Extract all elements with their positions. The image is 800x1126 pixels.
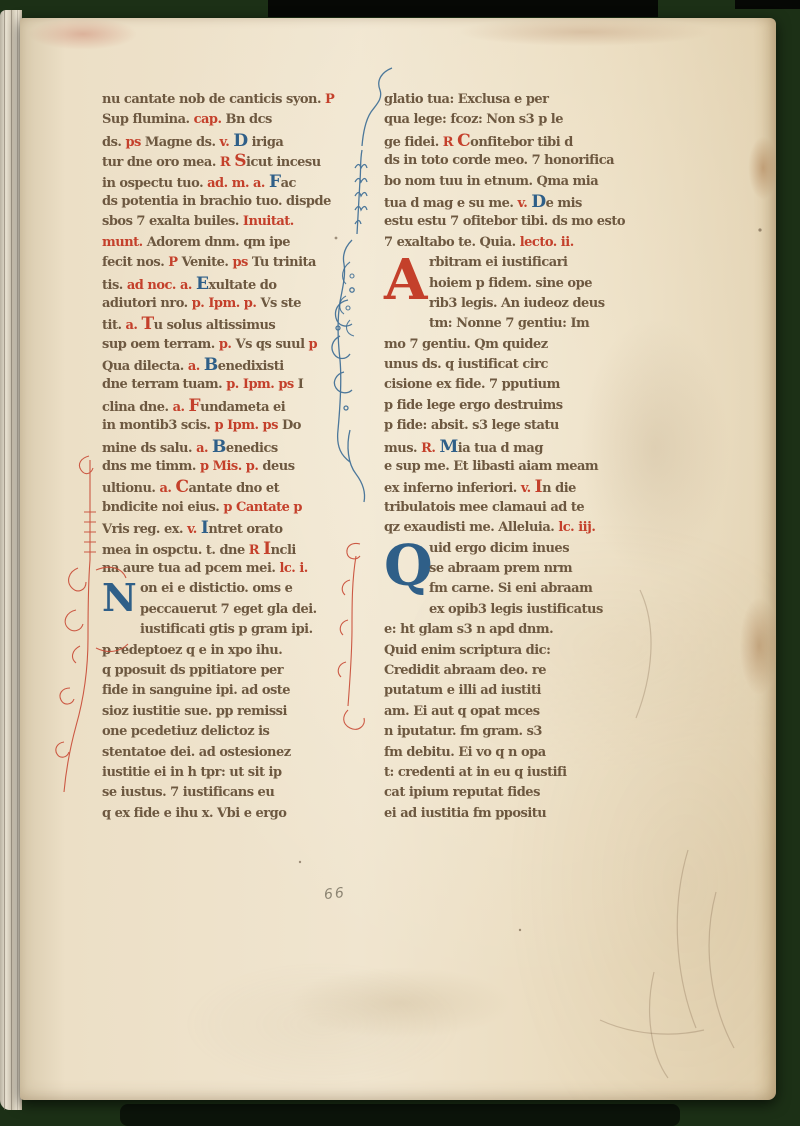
text-segment: ac (281, 176, 296, 191)
text-segment: cisione ex fide. 7 pputium (384, 377, 560, 392)
text-segment: enedixisti (218, 359, 284, 374)
text-segment: ntret orato (208, 522, 282, 537)
text-line: in montib3 scis. p Ipm. ps Do (102, 416, 348, 436)
text-segment: qz exaudisti me. Alleluia. (384, 520, 558, 535)
page-edge-line (4, 10, 5, 1110)
text-segment: na aure tua ad pcem mei. (102, 561, 279, 576)
text-segment: Quid enim scriptura dic: (384, 643, 550, 658)
text-line: ds potentia in brachio tuo. dispde (102, 192, 348, 212)
text-line: ei ad iustitia fm ppositu (384, 804, 630, 824)
text-line: mus. R. Mia tua d mag (384, 437, 630, 457)
text-line: tit. a. Tu solus altissimus (102, 314, 348, 334)
stain-tan-top-right (460, 18, 710, 46)
text-line: q ex fide e ihu x. Vbi e ergo (102, 804, 348, 824)
text-segment: icut incesu (246, 155, 321, 170)
text-segment: p. Ipm. ps (226, 377, 298, 392)
stain-bottom-center (290, 968, 510, 1038)
text-segment: e mis (546, 196, 582, 211)
text-segment: bo nom tuu in etnum. Qma mia (384, 174, 598, 189)
text-segment: ps (125, 135, 144, 150)
text-segment: a. (196, 441, 212, 456)
text-line: sioz iustitie sue. pp remissi (102, 702, 348, 722)
text-segment: Q (384, 541, 424, 601)
text-segment: ncli (271, 543, 296, 558)
text-segment: estu estu 7 ofitebor tibi. ds mo esto (384, 214, 625, 229)
text-segment: Vris reg. ex. (102, 522, 187, 537)
text-line: dns me timm. p Mis. p. deus (102, 457, 348, 477)
text-segment: fm carne. Si eni abraam (429, 581, 592, 596)
text-line: tm: Nonne 7 gentiu: Im (384, 314, 630, 334)
text-segment: tit. (102, 318, 126, 333)
text-segment: p. Ipm. p. (192, 296, 261, 311)
text-line: ultionu. a. Cantate dno et (102, 477, 348, 497)
text-line: t: credenti at in eu q iustifi (384, 763, 630, 783)
text-segment: unus ds. q iustificat circ (384, 357, 548, 372)
scanner-shadow-bottom (120, 1104, 680, 1126)
text-segment: ex opib3 legis iustificatus (429, 602, 603, 617)
text-segment: e sup me. Et libasti aiam meam (384, 459, 598, 474)
text-segment: A (384, 255, 424, 315)
text-segment: F (189, 396, 201, 416)
text-segment: 7 exaltabo te. Quia. (384, 235, 520, 250)
text-segment: qua lege: fcoz: Non s3 p le (384, 112, 563, 127)
text-segment: Vs ste (260, 296, 301, 311)
text-segment: rbitram ei iustificari (429, 255, 567, 270)
text-line: 7 exaltabo te. Quia. lecto. ii. (384, 233, 630, 253)
stain-pink-top-left (28, 18, 138, 50)
text-line: p redeptoez q e in xpo ihu. (102, 641, 348, 661)
text-segment: nu cantate nob de canticis syon. (102, 92, 321, 107)
text-segment: P (321, 92, 334, 107)
text-segment: Bn dcs (226, 112, 272, 127)
text-segment: on ei e distictio. oms e (140, 581, 292, 596)
text-segment: tis. (102, 278, 127, 293)
text-segment: u solus altissimus (154, 318, 276, 333)
text-segment: p (309, 337, 318, 352)
text-segment: ds. (102, 135, 125, 150)
text-segment: M (439, 437, 457, 457)
text-line: na aure tua ad pcem mei. lc. i. (102, 559, 348, 579)
text-line: sup oem terram. p. Vs qs suul p (102, 335, 348, 355)
text-segment: lc. i. (279, 561, 307, 576)
text-segment: B (204, 355, 218, 375)
text-segment: Adorem dnm. qm ipe (147, 235, 290, 250)
text-line: Arbitram ei iustificari (384, 253, 630, 273)
text-segment: munt. (102, 235, 147, 250)
text-segment: mea in ospctu. t. dne (102, 543, 249, 558)
text-line: fide in sanguine ipi. ad oste (102, 681, 348, 701)
text-segment: T (141, 314, 153, 334)
text-line: qua lege: fcoz: Non s3 p le (384, 110, 630, 130)
text-segment: one pcedetiuz delictoz is (102, 724, 269, 739)
text-segment: peccauerut 7 eget gla dei. (140, 602, 317, 617)
text-segment: Vs qs suul (235, 337, 308, 352)
text-line: Vris reg. ex. v. Intret orato (102, 518, 348, 538)
text-segment: v. (220, 135, 234, 150)
text-line: bndicite noi eius. p Cantate p (102, 498, 348, 518)
text-segment: p fide lege ergo destruims (384, 398, 563, 413)
text-line: mo 7 gentiu. Qm quidez (384, 335, 630, 355)
text-segment: ds in toto corde meo. 7 honorifica (384, 153, 614, 168)
text-segment: R (249, 543, 263, 558)
text-segment: xultate do (208, 278, 276, 293)
text-segment: n iputatur. fm gram. s3 (384, 724, 542, 739)
text-column-right: glatio tua: Exclusa e perqua lege: fcoz:… (384, 90, 630, 824)
text-segment: bndicite noi eius. (102, 500, 223, 515)
text-line: se iustus. 7 iustificans eu (102, 783, 348, 803)
text-segment: dns me timm. (102, 459, 200, 474)
text-segment: mine ds salu. (102, 441, 196, 456)
text-segment: ps (232, 255, 251, 270)
text-line: fecit nos. P Venite. ps Tu trinita (102, 253, 348, 273)
text-segment: p redeptoez q e in xpo ihu. (102, 643, 282, 658)
text-line: ds in toto corde meo. 7 honorifica (384, 151, 630, 171)
text-segment: R (443, 135, 457, 150)
text-line: peccauerut 7 eget gla dei. (102, 600, 348, 620)
text-segment: R. (421, 441, 439, 456)
text-segment: tribulatois mee clamaui ad te (384, 500, 584, 515)
text-segment: p fide: absit. s3 lege statu (384, 418, 559, 433)
text-segment: B (212, 437, 226, 457)
text-line: iustificati gtis p gram ipi. (102, 620, 348, 640)
text-line: sbos 7 exalta builes. Inuitat. (102, 212, 348, 232)
text-line: mine ds salu. a. Benedics (102, 437, 348, 457)
text-line: Qua dilecta. a. Benedixisti (102, 355, 348, 375)
scanner-shadow-top (268, 0, 658, 17)
text-segment: clina dne. (102, 400, 173, 415)
text-line: ds. ps Magne ds. v. D iriga (102, 131, 348, 151)
text-segment: e: ht glam s3 n apd dnm. (384, 622, 553, 637)
text-segment: v. (518, 196, 532, 211)
stain-brown-right-edge-low (740, 598, 778, 694)
text-line: in ospectu tuo. ad. m. a. Fac (102, 172, 348, 192)
text-line: nu cantate nob de canticis syon. P (102, 90, 348, 110)
text-line: n iputatur. fm gram. s3 (384, 722, 630, 742)
text-line: p fide: absit. s3 lege statu (384, 416, 630, 436)
text-line: Non ei e distictio. oms e (102, 579, 348, 599)
text-segment: sup oem terram. (102, 337, 219, 352)
folio-number-pencil: 66 (323, 885, 346, 903)
text-segment: se iustus. 7 iustificans eu (102, 785, 274, 800)
text-segment: a. (173, 400, 189, 415)
scanner-shadow-top-right (735, 0, 800, 9)
page-edge-line (17, 10, 18, 1110)
book-gutter-page-edges (0, 10, 22, 1110)
text-segment: am. Ei aut q opat mces (384, 704, 540, 719)
page-edge-line (11, 10, 12, 1110)
text-segment: putatum e illi ad iustiti (384, 683, 541, 698)
text-line: ge fidei. R Confitebor tibi d (384, 131, 630, 151)
text-line: ex inferno inferiori. v. In die (384, 477, 630, 497)
text-segment: D (233, 131, 247, 151)
manuscript-page: nu cantate nob de canticis syon. PSup fl… (20, 18, 776, 1100)
text-segment: glatio tua: Exclusa e per (384, 92, 549, 107)
text-line: tua d mag e su me. v. De mis (384, 192, 630, 212)
text-segment: iustificati gtis p gram ipi. (140, 622, 313, 637)
text-segment: ds potentia in brachio tuo. dispde (102, 194, 331, 209)
text-line: putatum e illi ad iustiti (384, 681, 630, 701)
text-segment: I (535, 477, 542, 497)
text-line: tribulatois mee clamaui ad te (384, 498, 630, 518)
text-segment: t: credenti at in eu q iustifi (384, 765, 567, 780)
text-segment: ultionu. (102, 481, 159, 496)
text-segment: mo 7 gentiu. Qm quidez (384, 337, 548, 352)
text-line: munt. Adorem dnm. qm ipe (102, 233, 348, 253)
text-segment: D (531, 192, 545, 212)
text-segment: S (234, 151, 246, 171)
text-segment: antate dno et (188, 481, 279, 496)
text-segment: tua d mag e su me. (384, 196, 518, 211)
text-segment: ad. m. a. (207, 176, 269, 191)
text-segment: N (102, 581, 136, 621)
text-line: am. Ei aut q opat mces (384, 702, 630, 722)
text-segment: ei ad iustitia fm ppositu (384, 806, 546, 821)
text-segment: v. (521, 481, 535, 496)
text-segment: iustitie ei in h tpr: ut sit ip (102, 765, 282, 780)
text-line: Sup flumina. cap. Bn dcs (102, 110, 348, 130)
text-line: p fide lege ergo destruims (384, 396, 630, 416)
text-segment: C (457, 131, 470, 151)
text-segment: a. (188, 359, 204, 374)
stain-brown-right-edge (748, 136, 778, 200)
text-segment: mus. (384, 441, 421, 456)
text-line: Quid ergo dicim inues (384, 539, 630, 559)
text-line: unus ds. q iustificat circ (384, 355, 630, 375)
text-line: clina dne. a. Fundameta ei (102, 396, 348, 416)
text-segment: I (298, 377, 304, 392)
text-segment: a. (126, 318, 142, 333)
text-line: estu estu 7 ofitebor tibi. ds mo esto (384, 212, 630, 232)
text-segment: F (269, 172, 281, 192)
text-segment: Venite. (182, 255, 233, 270)
text-segment: q pposuit ds ppitiatore per (102, 663, 283, 678)
manuscript-scan: { "meta": { "description": "Digitized me… (0, 0, 800, 1126)
text-line: stentatoe dei. ad ostesionez (102, 743, 348, 763)
text-line: fm debitu. Ei vo q n opa (384, 743, 630, 763)
text-segment: adiutori nro. (102, 296, 192, 311)
text-segment: iriga (248, 135, 284, 150)
text-line: adiutori nro. p. Ipm. p. Vs ste (102, 294, 348, 314)
text-segment: a. (159, 481, 175, 496)
text-segment: se abraam prem nrm (429, 561, 572, 576)
text-segment: Sup flumina. (102, 112, 194, 127)
text-segment: lc. iij. (558, 520, 595, 535)
text-segment: ge fidei. (384, 135, 443, 150)
text-segment: p Ipm. ps (214, 418, 282, 433)
text-segment: v. (187, 522, 201, 537)
text-line: qz exaudisti me. Alleluia. lc. iij. (384, 518, 630, 538)
text-segment: p. (219, 337, 236, 352)
text-segment: fide in sanguine ipi. ad oste (102, 683, 290, 698)
text-segment: I (263, 539, 270, 559)
text-segment: Do (282, 418, 301, 433)
text-segment: in montib3 scis. (102, 418, 214, 433)
text-segment: ad noc. a. (127, 278, 196, 293)
text-segment: R (220, 155, 234, 170)
text-column-left: nu cantate nob de canticis syon. PSup fl… (102, 90, 348, 824)
text-segment: ex inferno inferiori. (384, 481, 521, 496)
text-segment: Magne ds. (145, 135, 220, 150)
text-line: tis. ad noc. a. Exultate do (102, 274, 348, 294)
text-line: e: ht glam s3 n apd dnm. (384, 620, 630, 640)
text-segment: Qua dilecta. (102, 359, 188, 374)
text-line: Credidit abraam deo. re (384, 661, 630, 681)
text-segment: tur dne oro mea. (102, 155, 220, 170)
text-segment: fm debitu. Ei vo q n opa (384, 745, 546, 760)
text-segment: Credidit abraam deo. re (384, 663, 546, 678)
text-segment: P (168, 255, 181, 270)
text-segment: uid ergo dicim inues (429, 541, 569, 556)
text-line: cat ipium reputat fides (384, 783, 630, 803)
text-segment: lecto. ii. (520, 235, 574, 250)
text-segment: Tu trinita (252, 255, 316, 270)
text-line: e sup me. Et libasti aiam meam (384, 457, 630, 477)
text-segment: in ospectu tuo. (102, 176, 207, 191)
text-line: q pposuit ds ppitiatore per (102, 661, 348, 681)
text-segment: tm: Nonne 7 gentiu: Im (429, 316, 589, 331)
text-segment: Inuitat. (243, 214, 294, 229)
text-segment: fecit nos. (102, 255, 168, 270)
text-line: glatio tua: Exclusa e per (384, 90, 630, 110)
text-segment: cap. (194, 112, 226, 127)
text-line: cisione ex fide. 7 pputium (384, 375, 630, 395)
text-segment: q ex fide e ihu x. Vbi e ergo (102, 806, 286, 821)
text-line: Quid enim scriptura dic: (384, 641, 630, 661)
text-segment: onfitebor tibi d (470, 135, 573, 150)
text-segment: n die (542, 481, 576, 496)
text-line: tur dne oro mea. R Sicut incesu (102, 151, 348, 171)
text-line: iustitie ei in h tpr: ut sit ip (102, 763, 348, 783)
text-line: ex opib3 legis iustificatus (384, 600, 630, 620)
text-segment: hoiem p fidem. sine ope (429, 276, 592, 291)
text-line: mea in ospctu. t. dne R Incli (102, 539, 348, 559)
text-line: one pcedetiuz delictoz is (102, 722, 348, 742)
text-segment: C (175, 477, 188, 497)
text-segment: dne terram tuam. (102, 377, 226, 392)
text-segment: E (196, 274, 208, 294)
text-segment: sioz iustitie sue. pp remissi (102, 704, 287, 719)
text-line: dne terram tuam. p. Ipm. ps I (102, 375, 348, 395)
text-segment: cat ipium reputat fides (384, 785, 540, 800)
text-segment: p Cantate p (223, 500, 302, 515)
text-segment: enedics (226, 441, 278, 456)
text-segment: sbos 7 exalta builes. (102, 214, 243, 229)
text-segment: undameta ei (200, 400, 285, 415)
text-segment: p Mis. p. (200, 459, 262, 474)
text-segment: ia tua d mag (458, 441, 543, 456)
text-segment: deus (262, 459, 294, 474)
text-segment: rib3 legis. An iudeoz deus (429, 296, 605, 311)
text-line: bo nom tuu in etnum. Qma mia (384, 172, 630, 192)
text-segment: stentatoe dei. ad ostesionez (102, 745, 291, 760)
